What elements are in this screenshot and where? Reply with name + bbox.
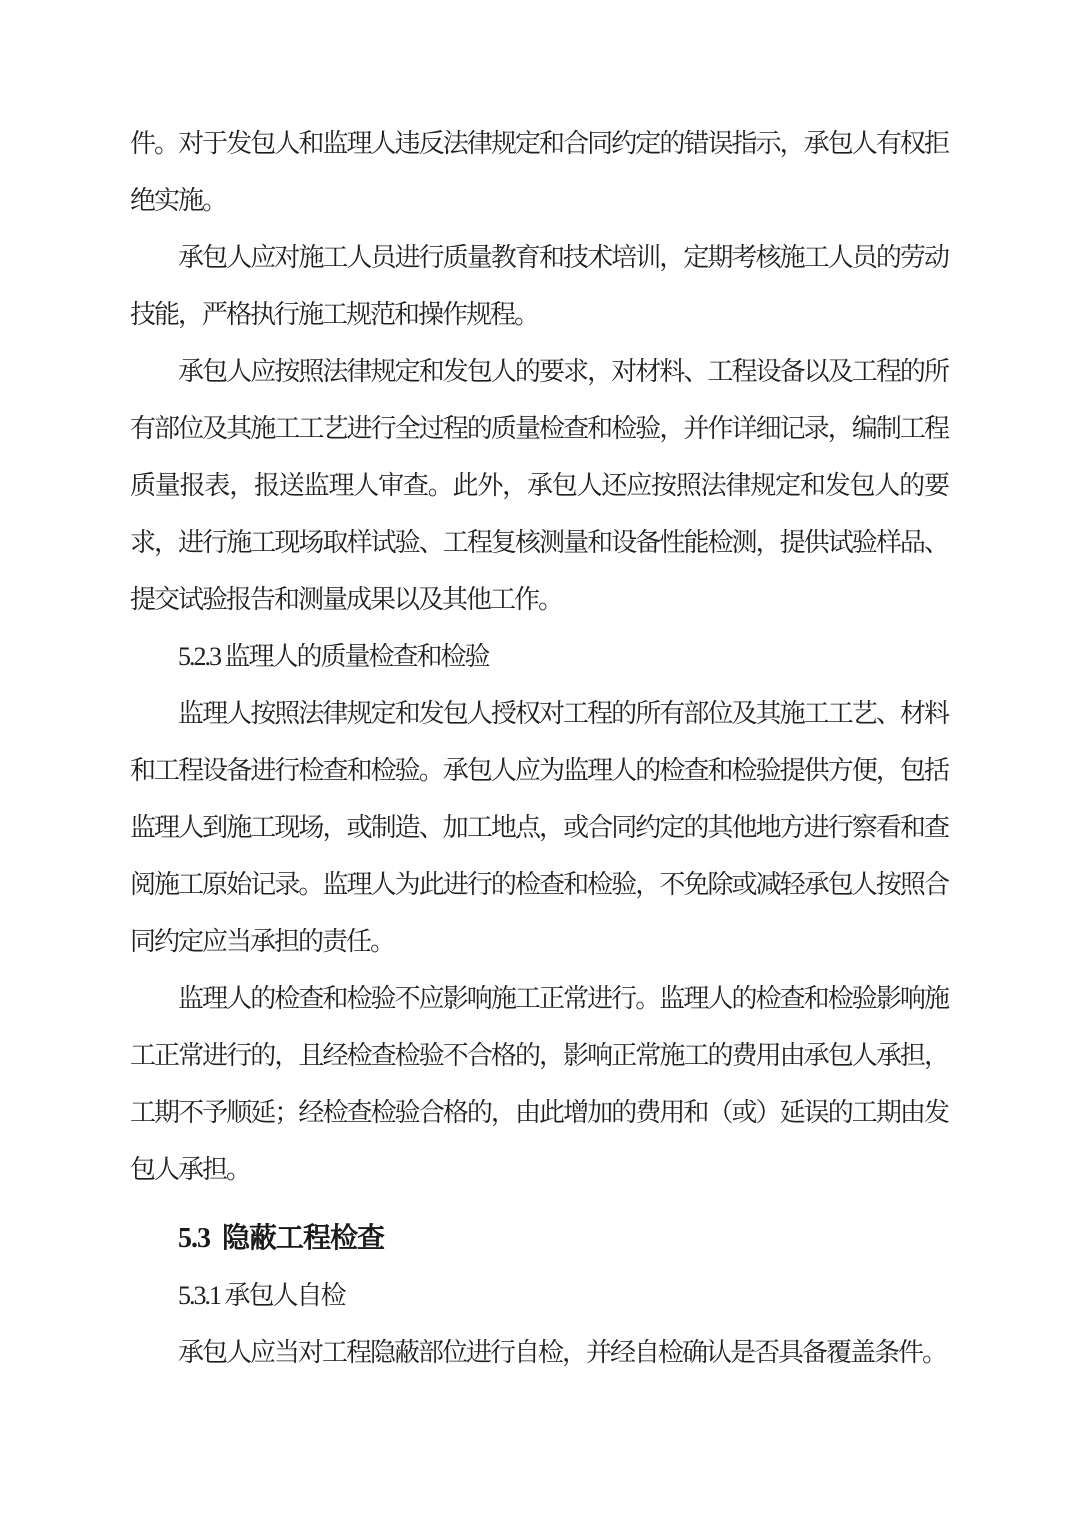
paragraph: 监理人的检查和检验不应影响施工正常进行。监理人的检查和检验影响施工正常进行的，且… [130,970,948,1198]
section-heading-5-3-1: 5.3.1 承包人自检 [130,1267,948,1324]
paragraph: 承包人应按照法律规定和发包人的要求，对材料、工程设备以及工程的所有部位及其施工工… [130,343,948,628]
paragraph: 监理人按照法律规定和发包人授权对工程的所有部位及其施工工艺、材料和工程设备进行检… [130,685,948,970]
paragraph: 承包人应对施工人员进行质量教育和技术培训，定期考核施工人员的劳动技能，严格执行施… [130,229,948,343]
paragraph-continuation: 件。对于发包人和监理人违反法律规定和合同约定的错误指示，承包人有权拒绝实施。 [130,115,948,229]
section-heading-5-2-3: 5.2.3 监理人的质量检查和检验 [130,628,948,685]
paragraph: 承包人应当对工程隐蔽部位进行自检，并经自检确认是否具备覆盖条件。 [130,1324,948,1381]
section-heading-5-3: 5.3 隐蔽工程检查 [130,1210,948,1267]
document-content: 件。对于发包人和监理人违反法律规定和合同约定的错误指示，承包人有权拒绝实施。 承… [130,115,948,1381]
document-page: 件。对于发包人和监理人违反法律规定和合同约定的错误指示，承包人有权拒绝实施。 承… [0,0,1074,1520]
